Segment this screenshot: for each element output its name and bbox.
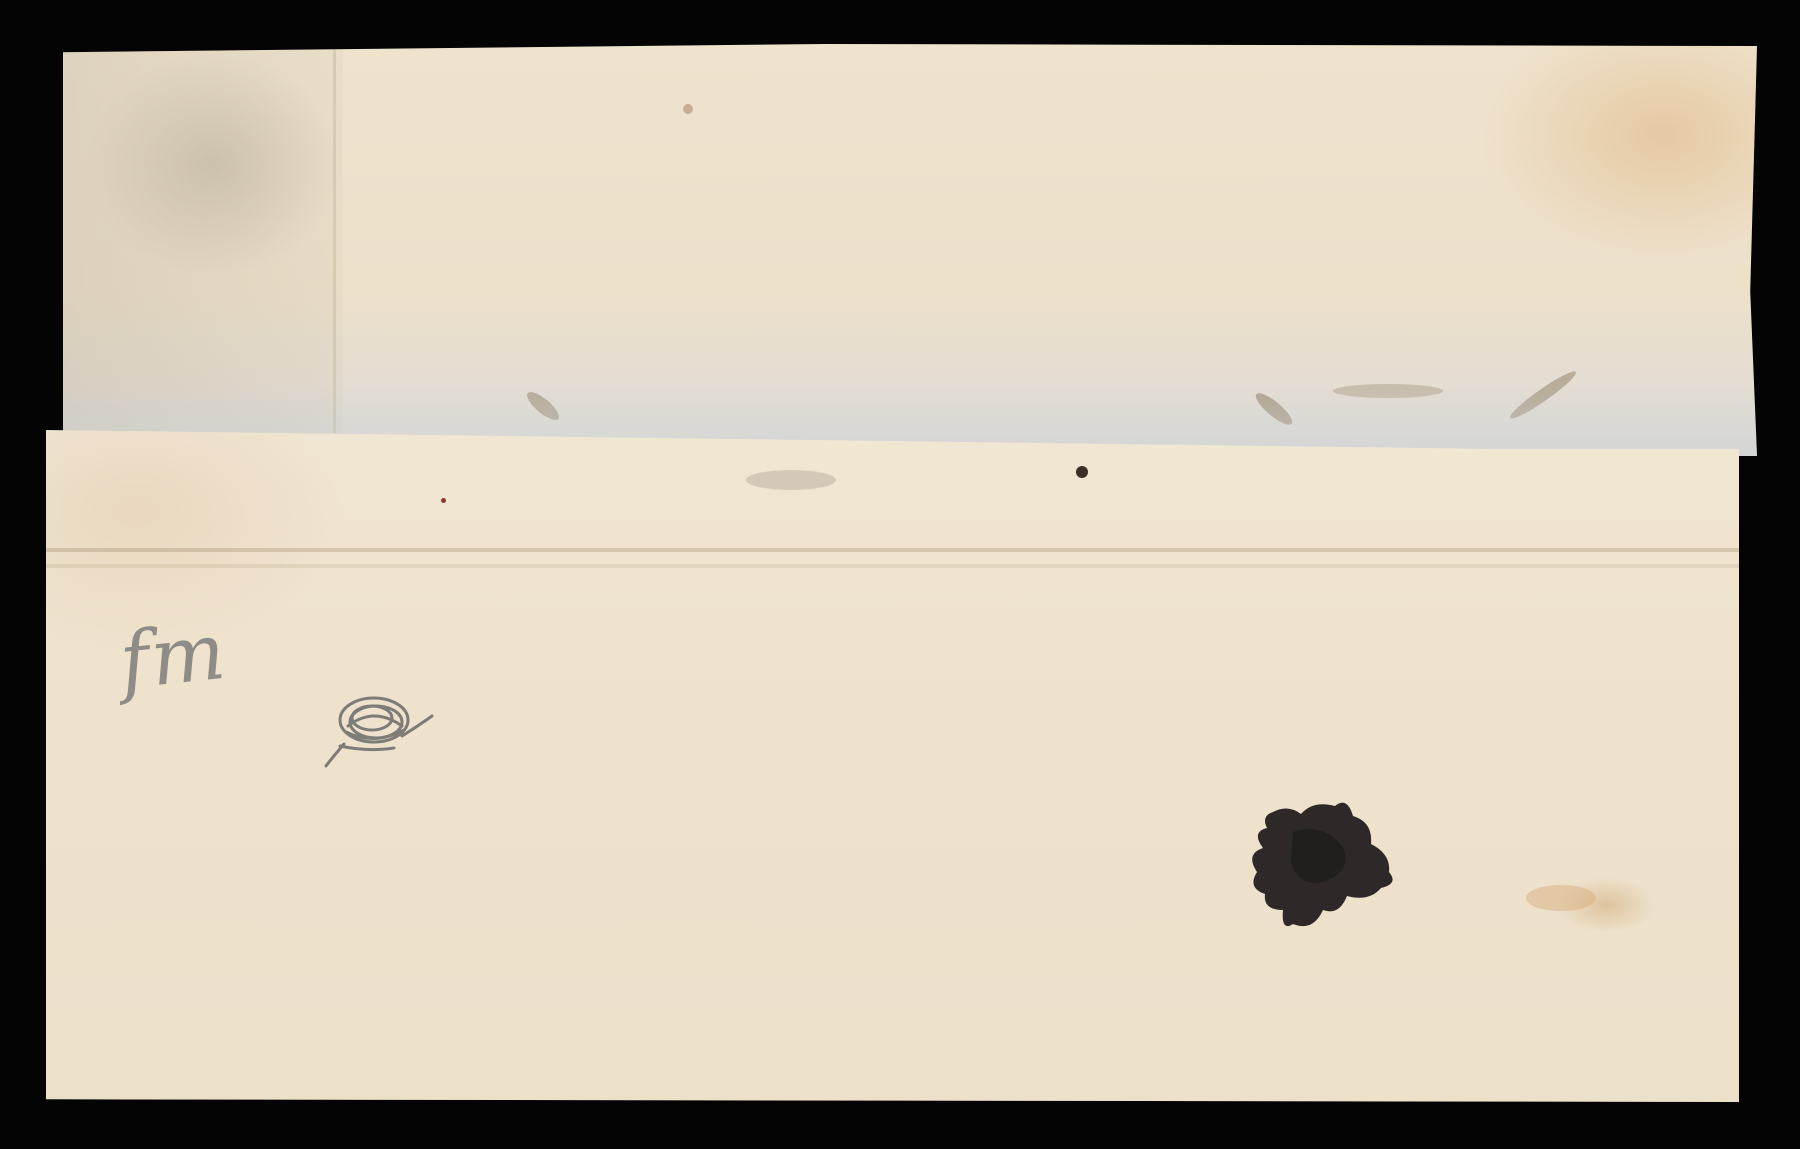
stain-mark — [1526, 885, 1596, 911]
stain-mark — [1507, 367, 1579, 423]
stain-mark — [523, 388, 563, 424]
pencil-note: fm — [116, 607, 232, 708]
red-speck — [441, 498, 446, 503]
smudge — [746, 470, 836, 490]
photo-scene: fm — [0, 0, 1800, 1149]
stain-mark — [1252, 389, 1296, 429]
faint-writing-bleed — [1333, 384, 1443, 398]
lower-paper-flap — [46, 430, 1739, 1102]
ink-blot — [1243, 792, 1403, 942]
speck — [683, 104, 693, 114]
vertical-crease — [333, 44, 336, 456]
ink-dot — [1076, 466, 1088, 478]
pencil-scribble-icon — [318, 686, 436, 772]
fold-line — [46, 564, 1739, 568]
upper-paper-sheet — [63, 44, 1757, 456]
fold-line — [46, 548, 1739, 552]
